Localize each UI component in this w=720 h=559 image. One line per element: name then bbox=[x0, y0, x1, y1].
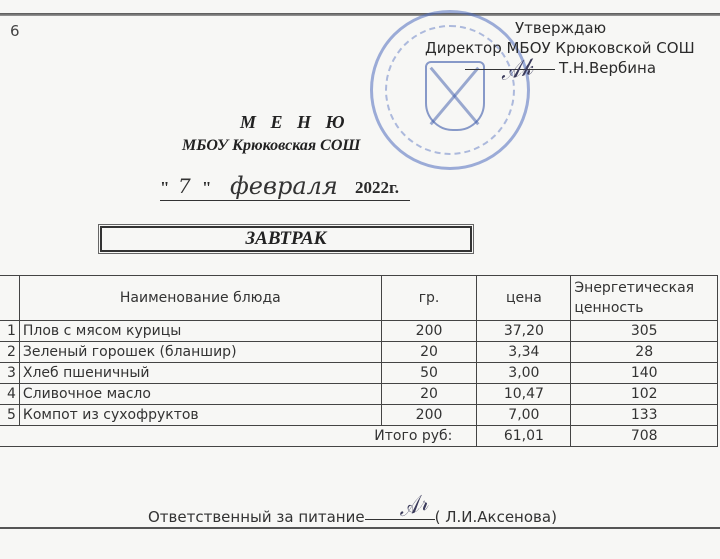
dish-energy: 140 bbox=[571, 363, 718, 384]
total-energy: 708 bbox=[571, 426, 718, 447]
table-row: 1Плов с мясом курицы20037,20305 bbox=[0, 321, 718, 342]
page-number: 6 bbox=[10, 22, 20, 40]
dish-price: 7,00 bbox=[477, 405, 571, 426]
dish-grams: 20 bbox=[381, 384, 477, 405]
top-rule bbox=[0, 13, 720, 16]
director-name: Т.Н.Вербина bbox=[559, 59, 656, 77]
header-energy: Энергетическая ценность bbox=[571, 276, 718, 321]
header-name: Наименование блюда bbox=[19, 276, 381, 321]
row-num: 4 bbox=[0, 384, 19, 405]
menu-table: Наименование блюда гр. цена Энергетическ… bbox=[0, 275, 718, 447]
date-quote-open: " bbox=[160, 178, 169, 198]
dish-price: 3,34 bbox=[477, 342, 571, 363]
dish-energy: 28 bbox=[571, 342, 718, 363]
signature-blank bbox=[365, 519, 435, 520]
date-day: 7 bbox=[178, 174, 191, 198]
row-num: 5 bbox=[0, 405, 19, 426]
meal-heading: ЗАВТРАК bbox=[100, 226, 472, 252]
date-line: " 7 " февраля 2022г. bbox=[160, 178, 410, 201]
dish-grams: 20 bbox=[381, 342, 477, 363]
dish-name: Хлеб пшеничный bbox=[19, 363, 381, 384]
approval-heading: Утверждаю bbox=[425, 18, 695, 38]
dish-grams: 200 bbox=[381, 405, 477, 426]
approval-position: Директор МБОУ Крюковской СОШ bbox=[425, 38, 695, 58]
dish-name: Зеленый горошек (бланшир) bbox=[19, 342, 381, 363]
row-num: 1 bbox=[0, 321, 19, 342]
responsible-label: Ответственный за питание bbox=[148, 508, 365, 526]
approval-block: Утверждаю Директор МБОУ Крюковской СОШ Т… bbox=[425, 18, 695, 78]
date-quote-close: " bbox=[202, 178, 211, 198]
dish-name: Плов с мясом курицы bbox=[19, 321, 381, 342]
total-price: 61,01 bbox=[477, 426, 571, 447]
responsible-name: ( Л.И.Аксенова) bbox=[435, 508, 557, 526]
header-grams: гр. bbox=[381, 276, 477, 321]
dish-name: Компот из сухофруктов bbox=[19, 405, 381, 426]
table-row: 2Зеленый горошек (бланшир)203,3428 bbox=[0, 342, 718, 363]
school-name: МБОУ Крюковская СОШ bbox=[182, 137, 360, 155]
dish-grams: 200 bbox=[381, 321, 477, 342]
row-num: 3 bbox=[0, 363, 19, 384]
total-label: Итого руб: bbox=[0, 426, 477, 447]
dish-energy: 102 bbox=[571, 384, 718, 405]
table-row: 4Сливочное масло2010,47102 bbox=[0, 384, 718, 405]
dish-price: 10,47 bbox=[477, 384, 571, 405]
dish-energy: 305 bbox=[571, 321, 718, 342]
page-title: М Е Н Ю bbox=[240, 112, 350, 133]
table-row: 3Хлеб пшеничный503,00140 bbox=[0, 363, 718, 384]
approval-signature-line: Т.Н.Вербина bbox=[425, 58, 695, 78]
table-row: 5Компот из сухофруктов2007,00133 bbox=[0, 405, 718, 426]
dish-grams: 50 bbox=[381, 363, 477, 384]
total-row: Итого руб: 61,01 708 bbox=[0, 426, 718, 447]
dish-energy: 133 bbox=[571, 405, 718, 426]
dish-price: 3,00 bbox=[477, 363, 571, 384]
date-year: 2022г. bbox=[355, 178, 399, 198]
header-price: цена bbox=[477, 276, 571, 321]
dish-price: 37,20 bbox=[477, 321, 571, 342]
table-header-row: Наименование блюда гр. цена Энергетическ… bbox=[0, 276, 718, 321]
responsible-line: Ответственный за питание( Л.И.Аксенова) bbox=[148, 508, 557, 526]
row-num: 2 bbox=[0, 342, 19, 363]
dish-name: Сливочное масло bbox=[19, 384, 381, 405]
bottom-rule bbox=[0, 527, 720, 529]
header-num bbox=[0, 276, 19, 321]
date-month: февраля bbox=[230, 172, 338, 200]
